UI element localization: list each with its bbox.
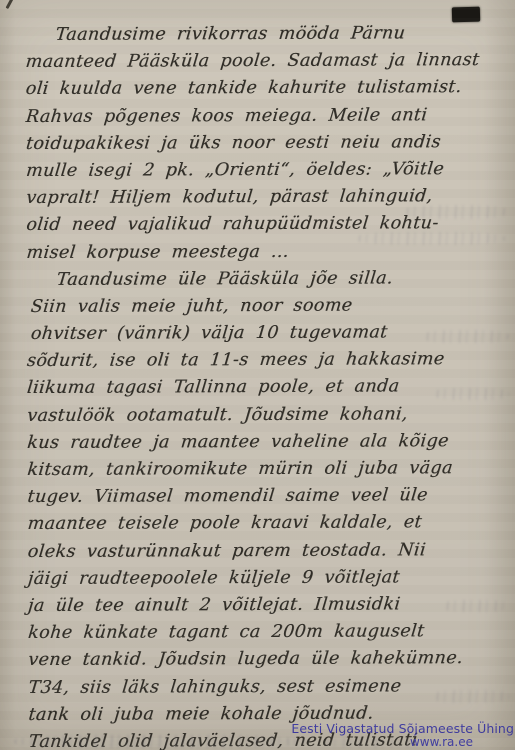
handwritten-line: misel korpuse meestega ... (25, 237, 510, 266)
handwritten-line: oli kuulda vene tankide kahurite tulista… (24, 74, 509, 103)
handwritten-line: maantee teisele poole kraavi kaldale, et (26, 509, 511, 538)
handwritten-line: vastulöök ootamatult. Jõudsime kohani, (26, 401, 511, 430)
watermark-site: www.ra.ee (0, 736, 515, 749)
handwritten-line: toidupakikesi ja üks noor eesti neiu and… (25, 129, 510, 158)
handwritten-line: jäigi raudteepoolele küljele 9 võitlejat (26, 564, 511, 593)
scanned-manuscript-page: Taandusime rivikorras mööda Pärnu maante… (0, 0, 515, 750)
handwritten-line: mulle isegi 2 pk. „Orienti“, öeldes: „Võ… (25, 156, 510, 185)
handwritten-line: sõdurit, ise oli ta 11-s mees ja hakkasi… (26, 346, 511, 375)
archive-watermark: Eesti Vigastatud Sõjameeste Ühing www.ra… (0, 722, 515, 749)
handwritten-line: Rahvas põgenes koos meiega. Meile anti (24, 102, 509, 131)
handwritten-line: kus raudtee ja maantee vaheline ala kõig… (26, 428, 511, 457)
handwritten-line: T34, siis läks lahinguks, sest esimene (27, 672, 512, 701)
handwritten-line: olid need vajalikud rahupüüdmistel kohtu… (25, 210, 510, 239)
handwritten-line: ja üle tee ainult 2 võitlejat. Ilmusidki (27, 591, 512, 620)
ink-mark-top-left (6, 0, 14, 9)
handwritten-line: vene tankid. Jõudsin lugeda üle kahekümn… (27, 645, 512, 674)
watermark-organization: Eesti Vigastatud Sõjameeste Ühing (0, 722, 515, 736)
handwritten-line: maanteed Pääsküla poole. Sadamast ja lin… (24, 47, 509, 76)
handwritten-line: oleks vasturünnakut parem teostada. Nii (26, 537, 511, 566)
handwritten-line: ohvitser (vänrik) välja 10 tugevamat (25, 319, 510, 348)
handwritten-line: kitsam, tankiroomikute mürin oli juba vä… (26, 455, 511, 484)
handwritten-line: tugev. Viimasel momendil saime veel üle (26, 482, 511, 511)
handwritten-line: Taandusime rivikorras mööda Pärnu (24, 20, 509, 49)
handwritten-line: Siin valis meie juht, noor soome (25, 292, 510, 321)
handwritten-line: liikuma tagasi Tallinna poole, et anda (26, 373, 511, 402)
handwritten-line: vapralt! Hiljem kodutul, pärast lahingui… (25, 183, 510, 212)
handwritten-text-block: Taandusime rivikorras mööda Pärnu maante… (25, 20, 510, 750)
handwritten-line: Taandusime üle Pääsküla jõe silla. (25, 265, 510, 294)
handwritten-line: kohe künkate tagant ca 200m kauguselt (27, 618, 512, 647)
